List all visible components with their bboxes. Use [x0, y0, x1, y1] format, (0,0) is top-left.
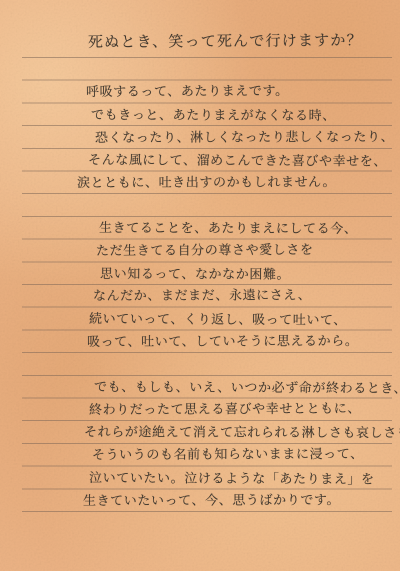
- handwritten-line: 続いていって、くり返し、吸って吐いて、: [89, 311, 347, 330]
- handwritten-line: でもきっと、あたりまえがなくなる時、: [91, 107, 336, 126]
- handwritten-title: 死ぬとき、笑って死んで行けますか？: [88, 31, 363, 51]
- handwritten-line: そういうのも名前も知らないままに浸って、: [92, 446, 364, 465]
- handwritten-line: 生きていたいって、今、思うばかりです。: [83, 492, 340, 511]
- handwritten-line: そんな風にして、溜めこんできた喜びや幸せを、: [88, 152, 387, 172]
- handwritten-line: なんだか、まだまだ、永遠にさえ、: [93, 287, 311, 306]
- handwritten-line: 吸って、吐いて、していそうに思えるから。: [87, 333, 359, 352]
- handwritten-line: 恐くなったり、淋しくなったり悲しくなったり、: [95, 129, 394, 148]
- handwritten-line: 涙とともに、吐き出すのかもしれません。: [77, 174, 336, 193]
- handwritten-line: 生きてることを、あたりまえにしてる今、: [99, 220, 357, 239]
- handwritten-line: 泣いていたい。泣けるような「あたりまえ」を: [89, 470, 375, 489]
- handwritten-line: でも、もしも、いえ、いつか必ず命が終わるとき、: [94, 379, 400, 399]
- handwritten-line: 終わりだったて思える喜びや幸せとともに、: [89, 401, 361, 420]
- handwritten-line: 思い知るって、なかなか困難。: [100, 266, 290, 285]
- handwritten-line: それらが途絶えて消えて忘れられる淋しさも哀しさも: [84, 424, 400, 443]
- notepaper-page: 死ぬとき、笑って死んで行けますか？ 呼吸するって、あたりまえです。でもきっと、あ…: [0, 0, 400, 571]
- handwritten-line: 呼吸するって、あたりまえです。: [86, 83, 289, 102]
- handwritten-line: ただ生きてる自分の尊さや愛しさを: [96, 242, 314, 261]
